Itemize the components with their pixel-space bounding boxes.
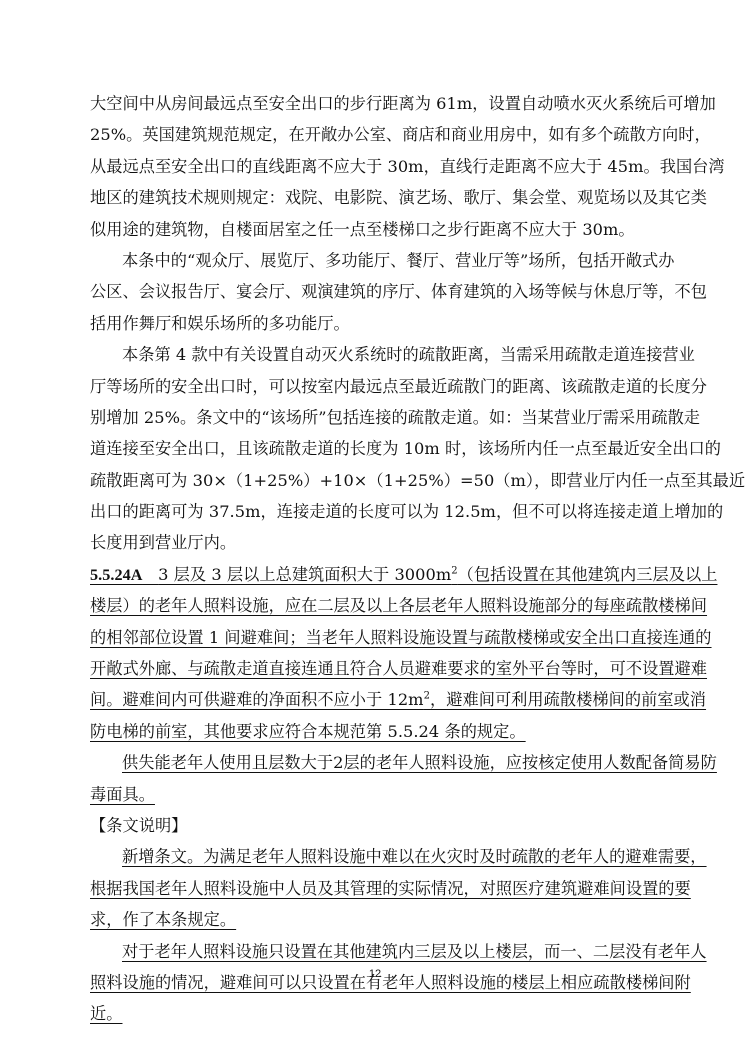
text-line: 开敞式外廊、与疏散走道直接连通且符合人员避难要求的室外平台等时，可不设置避难 — [90, 653, 662, 684]
text-line: 大空间中从房间最远点至安全出口的步行距离为 61m，设置自动喷水灭火系统后可增加 — [90, 88, 662, 119]
paragraph-gas-masks: 供失能老年人使用且层数大于2层的老年人照料设施，应按核定使用人数配备简易防 毒面… — [90, 747, 662, 810]
clause-text: 开敞式外廊、与疏散走道直接连通且符合人员避难要求的室外平台等时，可不设置避难 — [90, 659, 707, 678]
clause-text: 3 层及 3 层以上总建筑面积大于 3000m — [158, 565, 451, 584]
text-line: 厅等场所的安全出口时，可以按室内最远点至最近疏散门的距离、该疏散走道的长度分 — [90, 371, 662, 402]
clause-text: 楼层）的老年人照料设施，应在二层及以上各层老年人照料设施部分的每座疏散楼梯间 — [90, 596, 707, 615]
text-line: 根据我国老年人照料设施中人员及其管理的实际情况，对照医疗建筑避难间设置的要 — [90, 873, 662, 904]
clause-text: 对于老年人照料设施只设置在其他建筑内三层及以上楼层，而一、二层没有老年人 — [122, 942, 707, 961]
text-line: 本条第 4 款中有关设置自动灭火系统时的疏散距离，当需采用疏散走道连接营业 — [90, 339, 662, 370]
text-line: 防电梯的前室，其他要求应符合本规范第 5.5.24 条的规定。 — [90, 716, 662, 747]
explanation-heading: 【条文说明】 — [90, 810, 662, 841]
text-line: 疏散距离可为 30×（1+25%）+10×（1+25%）=50（m），即营业厅内… — [90, 465, 662, 496]
text-line: 公区、会议报告厅、宴会厅、观演建筑的序厅、体育建筑的入场等候与休息厅等，不包 — [90, 276, 662, 307]
clause-text: 近。 — [90, 1004, 122, 1023]
paragraph-upper-floor-explanation: 对于老年人照料设施只设置在其他建筑内三层及以上楼层，而一、二层没有老年人 照料设… — [90, 936, 662, 1030]
clause-text: 毒面具。 — [90, 785, 155, 804]
text-line: 楼层）的老年人照料设施，应在二层及以上各层老年人照料设施部分的每座疏散楼梯间 — [90, 590, 662, 621]
paragraph-foreign-codes: 大空间中从房间最远点至安全出口的步行距离为 61m，设置自动喷水灭火系统后可增加… — [90, 88, 662, 245]
clause-text: 求，作了本条规定。 — [90, 910, 236, 929]
text-line: 道连接至安全出口，且该疏散走道的长度为 10m 时，该场所内任一点至最近安全出口… — [90, 433, 662, 464]
clause-text: 间。避难间内可供避难的净面积不应小于 12m — [90, 690, 424, 709]
text-line: 供失能老年人使用且层数大于2层的老年人照料设施，应按核定使用人数配备简易防 — [90, 747, 662, 778]
text-line: 括用作舞厅和娱乐场所的多功能厅。 — [90, 308, 662, 339]
paragraph-evacuation-distance: 本条第 4 款中有关设置自动灭火系统时的疏散距离，当需采用疏散走道连接营业 厅等… — [90, 339, 662, 559]
page-number: 12 — [0, 968, 750, 980]
text-line: 似用途的建筑物，自楼面居室之任一点至楼梯口之步行距离不应大于 30m。 — [90, 214, 662, 245]
text-line: 求，作了本条规定。 — [90, 904, 662, 935]
text-line: 出口的距离可为 37.5m，连接走道的长度可以为 12.5m，但不可以将连接走道… — [90, 496, 662, 527]
text-line: 从最远点至安全出口的直线距离不应大于 30m，直线行走距离不应大于 45m。我国… — [90, 151, 662, 182]
text-line: 近。 — [90, 998, 662, 1029]
text-line: 间。避难间内可供避难的净面积不应小于 12m2，避难间可利用疏散楼梯间的前室或消 — [90, 684, 662, 715]
clause-text: 供失能老年人使用且层数大于2层的老年人照料设施，应按核定使用人数配备简易防 — [122, 753, 717, 772]
paragraph-new-clause-explanation: 新增条文。为满足老年人照料设施中难以在火灾时及时疏散的老年人的避难需要， 根据我… — [90, 841, 662, 935]
clause-text: 的相邻部位设置 1 间避难间；当老年人照料设施设置与疏散楼梯或安全出口直接连通的 — [90, 628, 712, 647]
text-line: 新增条文。为满足老年人照料设施中难以在火灾时及时疏散的老年人的避难需要， — [90, 841, 662, 872]
clause-text: （包括设置在其他建筑内三层及以上 — [458, 565, 718, 584]
text-line: 的相邻部位设置 1 间避难间；当老年人照料设施设置与疏散楼梯或安全出口直接连通的 — [90, 622, 662, 653]
text-line: 地区的建筑技术规则规定：戏院、电影院、演艺场、歌厅、集会堂、观览场以及其它类 — [90, 182, 662, 213]
text-line: 5.5.24A 3 层及 3 层以上总建筑面积大于 3000m2（包括设置在其他… — [90, 559, 662, 590]
text-line: 25%。英国建筑规范规定，在开敞办公室、商店和商业用房中，如有多个疏散方向时， — [90, 119, 662, 150]
text-line: 对于老年人照料设施只设置在其他建筑内三层及以上楼层，而一、二层没有老年人 — [90, 936, 662, 967]
clause-5-5-24A: 5.5.24A 3 层及 3 层以上总建筑面积大于 3000m2（包括设置在其他… — [90, 559, 662, 747]
text-line: 本条中的“观众厅、展览厅、多功能厅、餐厅、营业厅等”场所，包括开敞式办 — [90, 245, 662, 276]
clause-text: 新增条文。为满足老年人照料设施中难以在火灾时及时疏散的老年人的避难需要， — [122, 847, 707, 866]
paragraph-venue-definition: 本条中的“观众厅、展览厅、多功能厅、餐厅、营业厅等”场所，包括开敞式办 公区、会… — [90, 245, 662, 339]
document-page: 大空间中从房间最远点至安全出口的步行距离为 61m，设置自动喷水灭火系统后可增加… — [90, 88, 662, 1030]
text-line: 别增加 25%。条文中的“该场所”包括连接的疏散走道。如：当某营业厅需采用疏散走 — [90, 402, 662, 433]
text-line: 长度用到营业厅内。 — [90, 527, 662, 558]
text-line: 毒面具。 — [90, 779, 662, 810]
clause-number: 5.5.24A — [90, 566, 143, 584]
clause-text: 防电梯的前室，其他要求应符合本规范第 5.5.24 条的规定。 — [90, 722, 526, 741]
clause-text: 根据我国老年人照料设施中人员及其管理的实际情况，对照医疗建筑避难间设置的要 — [90, 879, 691, 898]
clause-text: ，避难间可利用疏散楼梯间的前室或消 — [430, 690, 706, 709]
